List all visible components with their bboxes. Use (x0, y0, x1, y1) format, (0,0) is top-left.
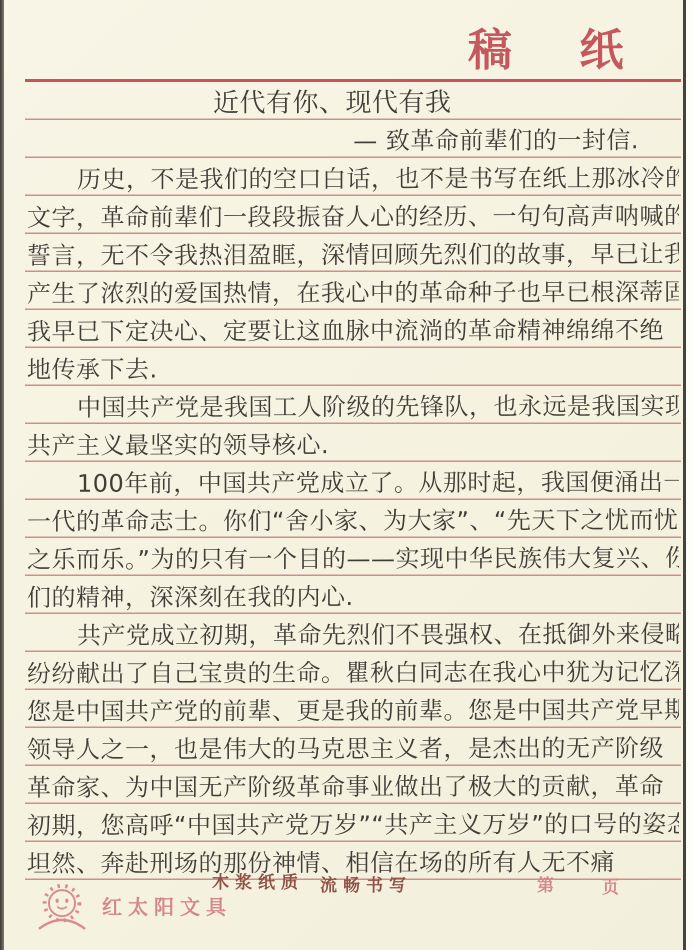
handwritten-line: 誓言，无不令我热泪盈眶，深情回顾先烈们的故事，早已让我 (27, 237, 679, 272)
sun-logo-icon (33, 880, 91, 934)
page-number-prefix: 第 (537, 871, 554, 896)
handwritten-line: 100年前，中国共产党成立了。从那时起，我国便涌出一代又 (27, 465, 679, 500)
footer-writing-quality-label: 流畅书写 (320, 871, 412, 896)
handwritten-line: 革命家、为中国无产阶级革命事业做出了极大的贡献，革命 (27, 769, 679, 804)
handwritten-line: 共产主义最坚实的领导核心. (27, 427, 679, 462)
handwritten-line: 中国共产党是我国工人阶级的先锋队，也永远是我国实现 (27, 389, 679, 424)
paper-brand-header: 稿 纸 (468, 26, 649, 76)
handwritten-line: 们的精神，深深刻在我的内心. (27, 579, 679, 614)
footer-paper-quality-label: 木浆纸质 (212, 868, 304, 893)
handwritten-line: 产生了浓烈的爱国热情，在我心中的革命种子也早已根深蒂固. (27, 275, 679, 310)
handwritten-line: 之乐而乐。”为的只有一个目的——实现中华民族伟大复兴、你 (27, 541, 679, 576)
header-divider (25, 79, 681, 82)
scan-edge-left (0, 0, 4, 950)
handwritten-line: 领导人之一，也是伟大的马克思主义者，是杰出的无产阶级 (27, 731, 679, 766)
handwritten-line: 纷纷献出了自己宝贵的生命。瞿秋白同志在我心中犹为记忆深刻. (27, 655, 679, 690)
handwritten-line: 共产党成立初期，革命先烈们不畏强权、在抵御外来侵略. (27, 617, 679, 652)
handwritten-line: 地传承下去. (27, 351, 679, 386)
handwritten-line: 初期，您高呼“中国共产党万岁”“共产主义万岁”的口号的姿态， (27, 807, 679, 842)
handwritten-line: 文字，革命前辈们一段段振奋人心的经历、一句句高声呐喊的 (27, 199, 679, 234)
manuscript-page: 稿 纸 近代有你、现代有我 — 致革命前辈们的一封信. 历史，不是我们的空口白话… (0, 0, 693, 950)
essay-title: 近代有你、现代有我 (27, 85, 693, 120)
footer-brand-name: 红太阳文具 (102, 891, 232, 920)
essay-subtitle: — 致革命前辈们的一封信. (27, 123, 679, 158)
handwritten-line: 您是中国共产党的前辈、更是我的前辈。您是中国共产党早期 (27, 693, 679, 728)
handwritten-line: 我早已下定决心、定要让这血脉中流淌的革命精神绵绵不绝 (27, 313, 679, 348)
scan-edge-right-margin (686, 0, 693, 950)
handwritten-line: 历史，不是我们的空口白话，也不是书写在纸上那冰冷的 (27, 161, 679, 196)
handwritten-line: 一代的革命志士。你们“舍小家、为大家”、“先天下之忧而忧、后天下 (27, 503, 679, 538)
page-number-suffix: 页 (602, 873, 619, 898)
